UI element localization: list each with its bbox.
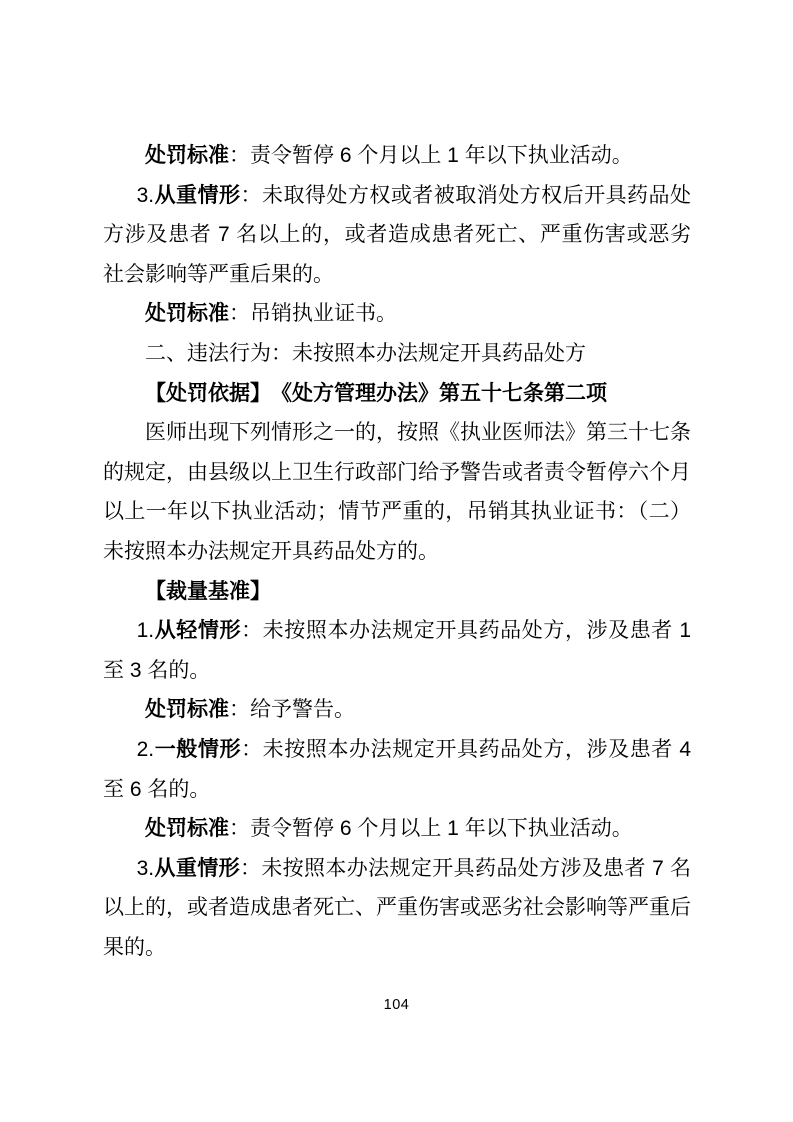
paragraph: 【裁量基准】 bbox=[103, 572, 691, 612]
paragraph: 处罚标准：给予警告。 bbox=[103, 690, 691, 730]
text-segment: ：吊销执业证书。 bbox=[229, 302, 397, 325]
paragraph: 处罚标准：责令暂停 6 个月以上 1 年以下执业活动。 bbox=[103, 809, 691, 849]
text-segment: ：责令暂停 6 个月以上 1 年以下执业活动。 bbox=[229, 144, 633, 167]
bold-text-segment: 从重情形 bbox=[154, 184, 240, 207]
text-segment: 3. bbox=[137, 857, 155, 880]
text-segment: 二、违法行为：未按照本办法规定开具药品处方 bbox=[145, 342, 586, 365]
paragraph: 二、违法行为：未按照本办法规定开具药品处方 bbox=[103, 334, 691, 374]
bold-text-segment: 从重情形 bbox=[154, 857, 240, 880]
bold-text-segment: 从轻情形 bbox=[154, 619, 241, 642]
paragraph: 【处罚依据】 《处方管理办法》第五十七条第二项 bbox=[103, 374, 691, 414]
text-segment: 1. bbox=[137, 619, 155, 642]
paragraph: 1.从轻情形：未按照本办法规定开具药品处方，涉及患者 1 至 3 名的。 bbox=[103, 611, 691, 690]
document-content: 处罚标准：责令暂停 6 个月以上 1 年以下执业活动。3.从重情形：未取得处方权… bbox=[103, 136, 691, 967]
text-segment: 3. bbox=[137, 184, 155, 207]
paragraph: 医师出现下列情形之一的，按照《执业医师法》第三十七条的规定，由县级以上卫生行政部… bbox=[103, 413, 691, 571]
paragraph: 处罚标准：吊销执业证书。 bbox=[103, 294, 691, 334]
document-page: 处罚标准：责令暂停 6 个月以上 1 年以下执业活动。3.从重情形：未取得处方权… bbox=[0, 0, 793, 1122]
bold-text-segment: 处罚标准 bbox=[145, 144, 229, 167]
document-page-body: { "colors": { "background": "#ffffff", "… bbox=[0, 0, 793, 1122]
text-segment: 医师出现下列情形之一的，按照《执业医师法》第三十七条的规定，由县级以上卫生行政部… bbox=[103, 421, 691, 563]
bold-text-segment: 【裁量基准】 bbox=[145, 580, 271, 603]
paragraph: 3.从重情形：未按照本办法规定开具药品处方涉及患者 7 名以上的，或者造成患者死… bbox=[103, 849, 691, 968]
text-segment: 2. bbox=[137, 738, 155, 761]
text-segment: ：责令暂停 6 个月以上 1 年以下执业活动。 bbox=[229, 817, 633, 840]
bold-text-segment: 处罚标准 bbox=[145, 817, 229, 840]
bold-text-segment: 【处罚依据】 《处方管理办法》第五十七条第二项 bbox=[145, 382, 607, 405]
bold-text-segment: 处罚标准 bbox=[145, 698, 229, 721]
bold-text-segment: 处罚标准 bbox=[145, 302, 229, 325]
bold-text-segment: 一般情形 bbox=[154, 738, 241, 761]
paragraph: 处罚标准：责令暂停 6 个月以上 1 年以下执业活动。 bbox=[103, 136, 691, 176]
paragraph: 3.从重情形：未取得处方权或者被取消处方权后开具药品处方涉及患者 7 名以上的，… bbox=[103, 176, 691, 295]
page-number: 104 bbox=[0, 997, 793, 1013]
paragraph: 2.一般情形：未按照本办法规定开具药品处方，涉及患者 4 至 6 名的。 bbox=[103, 730, 691, 809]
text-segment: ：给予警告。 bbox=[229, 698, 355, 721]
